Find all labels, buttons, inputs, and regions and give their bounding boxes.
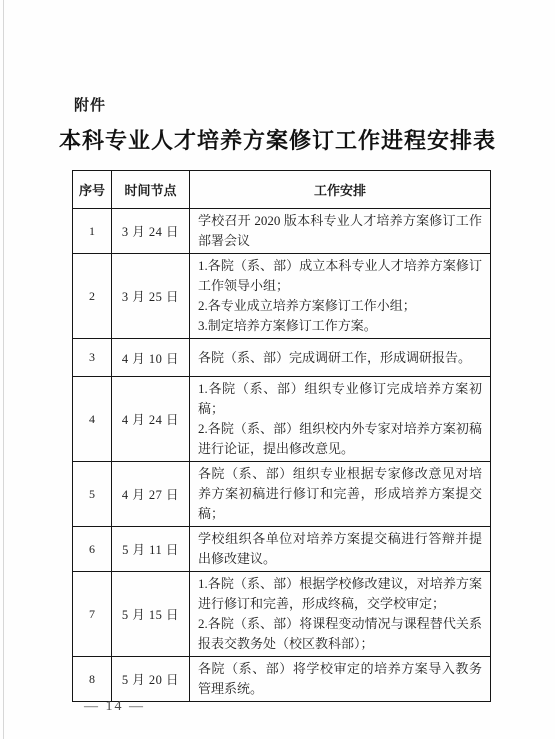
table-row: 5 4 月 27 日 各院（系、部）组织专业根据专家修改意见对培养方案初稿进行修… (73, 462, 491, 527)
table-row: 7 5 月 15 日 1.各院（系、部）根据学校修改建议，对培养方案进行修订和完… (73, 572, 491, 657)
row-number: 5 (73, 462, 112, 527)
row-number: 6 (73, 527, 112, 572)
document-page: 附件 本科专业人才培养方案修订工作进程安排表 序号 时间节点 工作安排 1 3 … (0, 0, 555, 739)
row-task: 各院（系、部）组织专业根据专家修改意见对培养方案初稿进行修订和完善，形成培养方案… (190, 462, 491, 527)
table-row: 3 4 月 10 日 各院（系、部）完成调研工作，形成调研报告。 (73, 339, 491, 377)
table-row: 8 5 月 20 日 各院（系、部）将学校审定的培养方案导入教务管理系统。 (73, 657, 491, 702)
column-header-no: 序号 (73, 171, 112, 209)
row-date: 5 月 11 日 (112, 527, 190, 572)
row-task: 各院（系、部）完成调研工作，形成调研报告。 (190, 339, 491, 377)
row-number: 3 (73, 339, 112, 377)
table-row: 2 3 月 25 日 1.各院（系、部）成立本科专业人才培养方案修订工作领导小组… (73, 254, 491, 339)
row-date: 5 月 15 日 (112, 572, 190, 657)
row-number: 8 (73, 657, 112, 702)
row-number: 1 (73, 209, 112, 254)
row-task: 1.各院（系、部）组织专业修订完成培养方案初稿； 2.各院（系、部）组织校内外专… (190, 377, 491, 462)
row-date: 3 月 25 日 (112, 254, 190, 339)
column-header-date: 时间节点 (112, 171, 190, 209)
row-date: 5 月 20 日 (112, 657, 190, 702)
row-task: 1.各院（系、部）根据学校修改建议，对培养方案进行修订和完善，形成终稿，交学校审… (190, 572, 491, 657)
row-task: 学校组织各单位对培养方案提交稿进行答辩并提出修改建议。 (190, 527, 491, 572)
table-row: 6 5 月 11 日 学校组织各单位对培养方案提交稿进行答辩并提出修改建议。 (73, 527, 491, 572)
row-date: 4 月 10 日 (112, 339, 190, 377)
table-header-row: 序号 时间节点 工作安排 (73, 171, 491, 209)
page-title: 本科专业人才培养方案修订工作进程安排表 (0, 124, 555, 155)
row-number: 7 (73, 572, 112, 657)
row-task: 1.各院（系、部）成立本科专业人才培养方案修订工作领导小组； 2.各专业成立培养… (190, 254, 491, 339)
row-task: 各院（系、部）将学校审定的培养方案导入教务管理系统。 (190, 657, 491, 702)
table-row: 4 4 月 24 日 1.各院（系、部）组织专业修订完成培养方案初稿； 2.各院… (73, 377, 491, 462)
row-date: 4 月 24 日 (112, 377, 190, 462)
row-date: 4 月 27 日 (112, 462, 190, 527)
page-number: — 14 — (84, 699, 145, 715)
row-number: 2 (73, 254, 112, 339)
column-header-task: 工作安排 (190, 171, 491, 209)
attachment-label: 附件 (74, 94, 106, 115)
row-number: 4 (73, 377, 112, 462)
table-row: 1 3 月 24 日 学校召开 2020 版本科专业人才培养方案修订工作部署会议 (73, 209, 491, 254)
row-task: 学校召开 2020 版本科专业人才培养方案修订工作部署会议 (190, 209, 491, 254)
schedule-table: 序号 时间节点 工作安排 1 3 月 24 日 学校召开 2020 版本科专业人… (72, 170, 491, 702)
row-date: 3 月 24 日 (112, 209, 190, 254)
